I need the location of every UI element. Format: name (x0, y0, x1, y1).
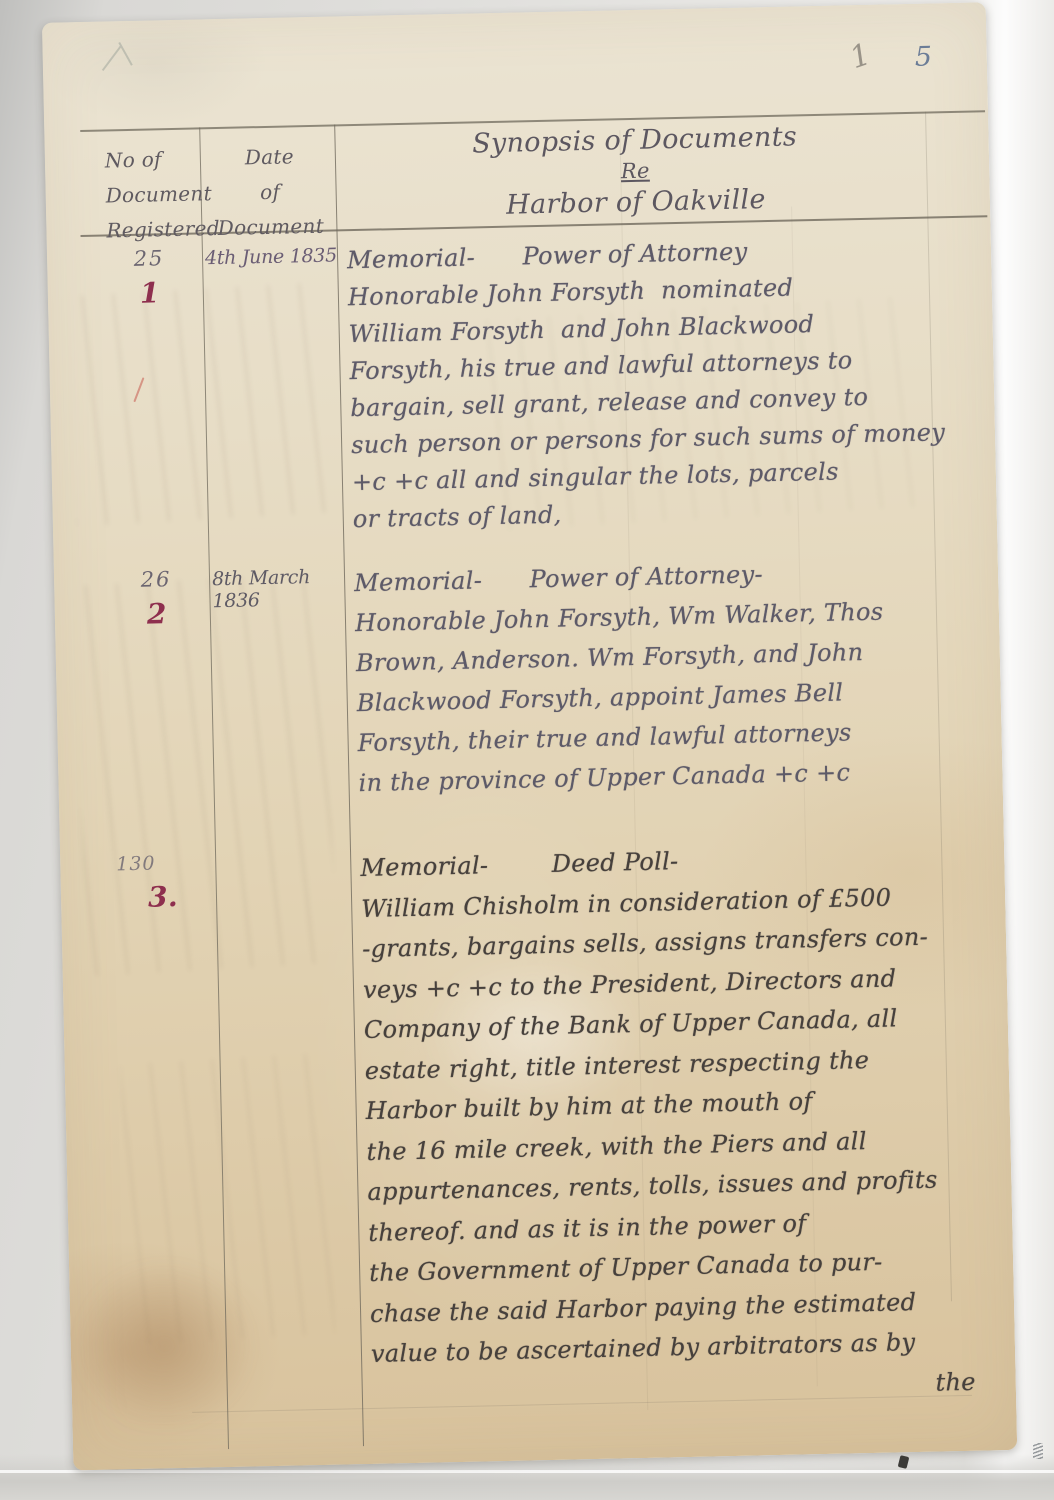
document-sheet: 1 5 No ofDocumentRegistered DateofDocume… (42, 2, 1017, 1470)
column-header-date-of-document: DateofDocument (207, 139, 334, 247)
page-number-blue-pencil: 5 (915, 41, 933, 72)
synopsis-title-block: Synopsis of Documents Re Harbor of Oakvi… (344, 120, 926, 227)
sleeve-edge-line (0, 1470, 1054, 1473)
page-number-pencil: 1 (846, 37, 876, 76)
bleedthrough-smudge (64, 283, 327, 527)
registered-number: 25 (99, 245, 199, 271)
ledger-entry: 26 2 8th March 1836 Memorial- Power of A… (54, 549, 998, 570)
entry-renumber: 1 (99, 275, 200, 310)
column-header-no-of-document: No ofDocumentRegistered (97, 141, 211, 248)
entry-renumber: 2 (106, 596, 207, 631)
column-header-line: Document (105, 176, 210, 213)
column-header-line: Registered (106, 211, 211, 248)
registered-number: 130 (112, 851, 212, 875)
column-header-line: Date (207, 139, 333, 177)
entry-number-cell: 26 2 (106, 566, 207, 631)
column-header-line: of (207, 174, 333, 212)
entry-date: 4th June 1835 (205, 242, 339, 269)
pencil-scribble (104, 39, 145, 76)
entry-synopsis: Memorial- Deed Poll-William Chisholm in … (360, 835, 980, 1415)
ledger-table: 1 5 No ofDocumentRegistered DateofDocume… (42, 2, 1017, 1470)
column-header-line: Document (208, 208, 334, 246)
entries-layer: 25 1 4th June 1835 Memorial- Power of At… (42, 2, 986, 23)
column-header-line: No of (105, 141, 210, 178)
registered-number: 26 (106, 566, 206, 592)
edge-mark (1033, 1443, 1043, 1459)
bleedthrough-smudge (67, 573, 339, 977)
paper-stain (73, 1258, 257, 1432)
entry-number-cell: 130 3. (112, 851, 213, 914)
entry-synopsis: Memorial- Power of Attorney-Honorable Jo… (354, 550, 967, 803)
entry-number-cell: 25 1 (99, 245, 200, 310)
photo-background: 1 5 No ofDocumentRegistered DateofDocume… (0, 0, 1054, 1500)
entry-date: 8th March 1836 (212, 563, 347, 612)
entry-synopsis: Memorial- Power of AttorneyHonorable Joh… (347, 229, 961, 538)
entry-renumber: 3. (113, 879, 214, 914)
